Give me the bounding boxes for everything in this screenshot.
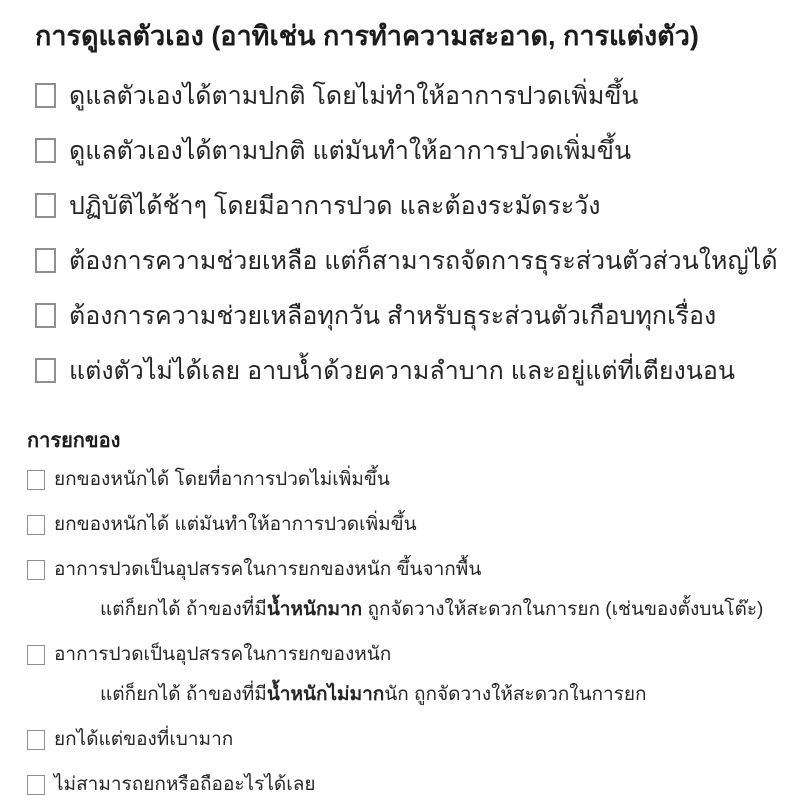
checkbox[interactable] (35, 358, 56, 383)
option-row: ยกได้แต่ของที่เบามาก (27, 726, 795, 754)
option-label: ดูแลตัวเองได้ตามปกติ แต่มันทำให้อาการปวด… (69, 131, 631, 171)
checkbox[interactable] (27, 730, 45, 750)
sub-suffix: นัก ถูกจัดวางให้สะดวกในการยก (384, 684, 646, 705)
option-label: ยกของหนักได้ โดยที่อาการปวดไม่เพิ่มขึ้น (54, 466, 390, 494)
section-self-care: การดูแลตัวเอง (อาทิเช่น การทำความสะอาด, … (0, 18, 795, 398)
questionnaire-page: การดูแลตัวเอง (อาทิเช่น การทำความสะอาด, … (0, 0, 795, 811)
option-label: ปฏิบัติได้ช้าๆ โดยมีอาการปวด และต้องระมั… (69, 186, 600, 226)
sub-prefix: แต่ก็ยกได้ ถ้าของที่มี (100, 684, 267, 705)
checkbox[interactable] (35, 83, 56, 108)
option-row: ต้องการความช่วยเหลือทุกวัน สำหรับธุระส่ว… (35, 288, 795, 343)
option-row: อาการปวดเป็นอุปสรรคในการยกของหนัก ขึ้นจา… (27, 556, 795, 624)
option-row: ดูแลตัวเองได้ตามปกติ โดยไม่ทำให้อาการปวด… (35, 68, 795, 123)
sub-prefix: แต่ก็ยกได้ ถ้าของที่มี (100, 599, 267, 620)
checkbox[interactable] (35, 193, 56, 218)
section-self-care-title: การดูแลตัวเอง (อาทิเช่น การทำความสะอาด, … (35, 18, 795, 54)
option-label: ต้องการความช่วยเหลือ แต่ก็สามารถจัดการธุ… (69, 241, 778, 281)
option-row: ยกของหนักได้ โดยที่อาการปวดไม่เพิ่มขึ้น (27, 466, 795, 494)
option-label: อาการปวดเป็นอุปสรรคในการยกของหนัก (54, 641, 647, 669)
checkbox[interactable] (27, 775, 45, 795)
checkbox[interactable] (27, 515, 45, 535)
option-label: อาการปวดเป็นอุปสรรคในการยกของหนัก ขึ้นจา… (54, 556, 763, 584)
option-sub-label: แต่ก็ยกได้ ถ้าของที่มีน้ำหนักไม่มากนัก ถ… (54, 681, 647, 709)
option-row: อาการปวดเป็นอุปสรรคในการยกของหนัก แต่ก็ย… (27, 641, 795, 709)
checkbox[interactable] (27, 645, 45, 665)
option-label: ดูแลตัวเองได้ตามปกติ โดยไม่ทำให้อาการปวด… (69, 76, 639, 116)
option-label-block: อาการปวดเป็นอุปสรรคในการยกของหนัก ขึ้นจา… (54, 556, 763, 624)
option-sub-label: แต่ก็ยกได้ ถ้าของที่มีน้ำหนักมาก ถูกจัดว… (54, 596, 763, 624)
option-row: ไม่สามารถยกหรือถืออะไรได้เลย (27, 771, 795, 799)
checkbox[interactable] (35, 138, 56, 163)
checkbox[interactable] (27, 470, 45, 490)
option-label: ต้องการความช่วยเหลือทุกวัน สำหรับธุระส่ว… (69, 296, 716, 336)
option-row: ต้องการความช่วยเหลือ แต่ก็สามารถจัดการธุ… (35, 233, 795, 288)
option-label-block: อาการปวดเป็นอุปสรรคในการยกของหนัก แต่ก็ย… (54, 641, 647, 709)
option-row: ยกของหนักได้ แต่มันทำให้อาการปวดเพิ่มขึ้… (27, 511, 795, 539)
option-label: ยกของหนักได้ แต่มันทำให้อาการปวดเพิ่มขึ้… (54, 511, 417, 539)
sub-bold: น้ำหนักไม่มาก (267, 684, 384, 705)
checkbox[interactable] (35, 303, 56, 328)
option-label: ยกได้แต่ของที่เบามาก (54, 726, 233, 754)
option-row: ดูแลตัวเองได้ตามปกติ แต่มันทำให้อาการปวด… (35, 123, 795, 178)
checkbox[interactable] (27, 560, 45, 580)
option-label: ไม่สามารถยกหรือถืออะไรได้เลย (54, 771, 315, 799)
option-label: แต่งตัวไม่ได้เลย อาบน้ำด้วยความลำบาก และ… (69, 351, 735, 391)
option-row: ปฏิบัติได้ช้าๆ โดยมีอาการปวด และต้องระมั… (35, 178, 795, 233)
sub-bold: น้ำหนักมาก (267, 599, 362, 620)
checkbox[interactable] (35, 248, 56, 273)
sub-suffix: ถูกจัดวางให้สะดวกในการยก (เช่นของตั้งบนโ… (362, 599, 763, 620)
option-row: แต่งตัวไม่ได้เลย อาบน้ำด้วยความลำบาก และ… (35, 343, 795, 398)
section-lifting-title: การยกของ (27, 428, 795, 454)
section-lifting: การยกของ ยกของหนักได้ โดยที่อาการปวดไม่เ… (0, 428, 795, 799)
